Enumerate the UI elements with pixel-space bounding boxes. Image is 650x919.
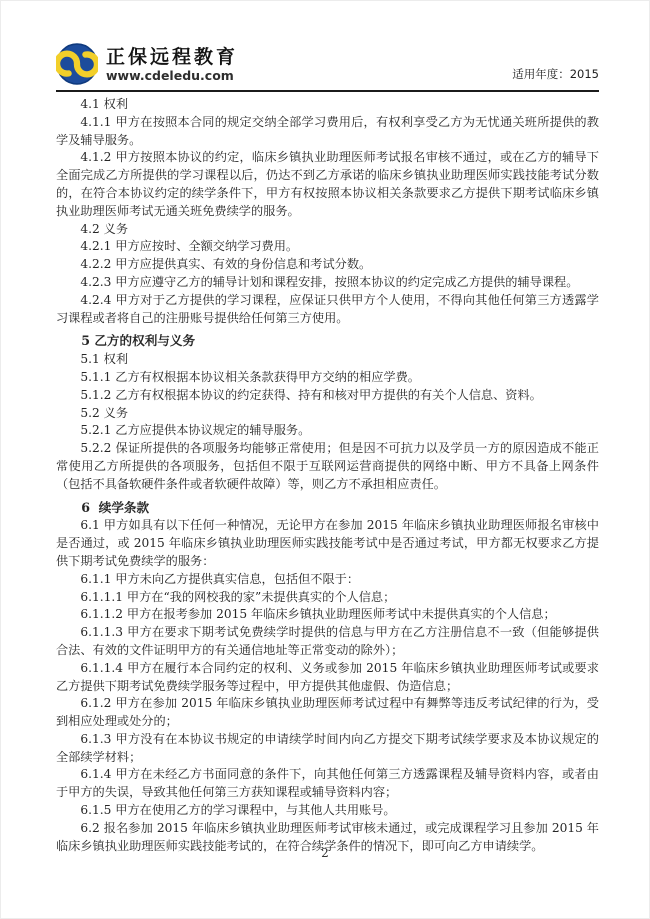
section-heading-5: 5 乙方的权利与义务 xyxy=(56,332,599,350)
doc-paragraph-4-2: 4.2 义务 xyxy=(56,221,599,239)
header: 正保远程教育 www.cdeledu.com 适用年度：2015 xyxy=(56,1,599,92)
doc-paragraph-4-2-4: 4.2.4 甲方对于乙方提供的学习课程，应保证只供甲方个人使用，不得向其他任何第… xyxy=(56,292,599,328)
brand-url: www.cdeledu.com xyxy=(106,68,238,83)
doc-paragraph-6-1-1-2: 6.1.1.2 甲方在报考参加 2015 年临床乡镇执业助理医师考试中未提供真实… xyxy=(56,606,599,624)
doc-paragraph-4-2-1: 4.2.1 甲方应按时、全额交纳学习费用。 xyxy=(56,238,599,256)
doc-paragraph-6-1-1: 6.1.1 甲方未向乙方提供真实信息，包括但不限于： xyxy=(56,571,599,589)
section-heading-6: 6 续学条款 xyxy=(56,499,599,517)
brand-logo-icon xyxy=(56,43,98,85)
doc-paragraph-4-2-3: 4.2.3 甲方应遵守乙方的辅导计划和课程安排，按照本协议的约定完成乙方提供的辅… xyxy=(56,274,599,292)
doc-paragraph-6-1-1-4: 6.1.1.4 甲方在履行本合同约定的权利、义务或参加 2015 年临床乡镇执业… xyxy=(56,660,599,696)
doc-paragraph-6-1-4: 6.1.4 甲方在未经乙方书面同意的条件下，向其他任何第三方透露课程及辅导资料内… xyxy=(56,766,599,802)
document-body: 4.1 权利 4.1.1 甲方在按照本合同的规定交纳全部学习费用后，有权利享受乙… xyxy=(56,92,599,855)
brand: 正保远程教育 www.cdeledu.com xyxy=(56,43,238,85)
doc-paragraph-6-1-1-3: 6.1.1.3 甲方在要求下期考试免费续学时提供的信息与甲方在乙方注册信息不一致… xyxy=(56,624,599,660)
doc-paragraph-6-1-3: 6.1.3 甲方没有在本协议书规定的申请续学时间内向乙方提交下期考试续学要求及本… xyxy=(56,731,599,767)
doc-paragraph-4-1-2: 4.1.2 甲方按照本协议的约定，临床乡镇执业助理医师考试报名审核不通过，或在乙… xyxy=(56,149,599,220)
doc-paragraph-6-1-5: 6.1.5 甲方在使用乙方的学习课程中，与其他人共用账号。 xyxy=(56,802,599,820)
applicable-year-label: 适用年度：2015 xyxy=(512,66,599,85)
doc-paragraph-5-1: 5.1 权利 xyxy=(56,351,599,369)
doc-paragraph-5-2: 5.2 义务 xyxy=(56,405,599,423)
doc-paragraph-5-1-2: 5.1.2 乙方有权根据本协议的约定获得、持有和核对甲方提供的有关个人信息、资料… xyxy=(56,387,599,405)
doc-paragraph-5-2-2: 5.2.2 保证所提供的各项服务均能够正常使用；但是因不可抗力以及学员一方的原因… xyxy=(56,440,599,493)
doc-paragraph-5-1-1: 5.1.1 乙方有权根据本协议相关条款获得甲方交纳的相应学费。 xyxy=(56,369,599,387)
brand-name: 正保远程教育 xyxy=(106,46,238,68)
document-page: 正保远程教育 www.cdeledu.com 适用年度：2015 4.1 权利 … xyxy=(0,0,650,919)
doc-paragraph-5-2-1: 5.2.1 乙方应提供本协议规定的辅导服务。 xyxy=(56,422,599,440)
doc-paragraph-4-1-1: 4.1.1 甲方在按照本合同的规定交纳全部学习费用后，有权利享受乙方为无忧通关班… xyxy=(56,114,599,150)
doc-paragraph-6-1: 6.1 甲方如具有以下任何一种情况，无论甲方在参加 2015 年临床乡镇执业助理… xyxy=(56,517,599,570)
page-number: 2 xyxy=(1,846,649,860)
doc-paragraph-6-1-1-1: 6.1.1.1 甲方在“我的网校我的家”未提供真实的个人信息； xyxy=(56,589,599,607)
doc-paragraph-4-1: 4.1 权利 xyxy=(56,96,599,114)
brand-text: 正保远程教育 www.cdeledu.com xyxy=(106,46,238,83)
doc-paragraph-6-1-2: 6.1.2 甲方在参加 2015 年临床乡镇执业助理医师考试过程中有舞弊等违反考… xyxy=(56,695,599,731)
doc-paragraph-4-2-2: 4.2.2 甲方应提供真实、有效的身份信息和考试分数。 xyxy=(56,256,599,274)
